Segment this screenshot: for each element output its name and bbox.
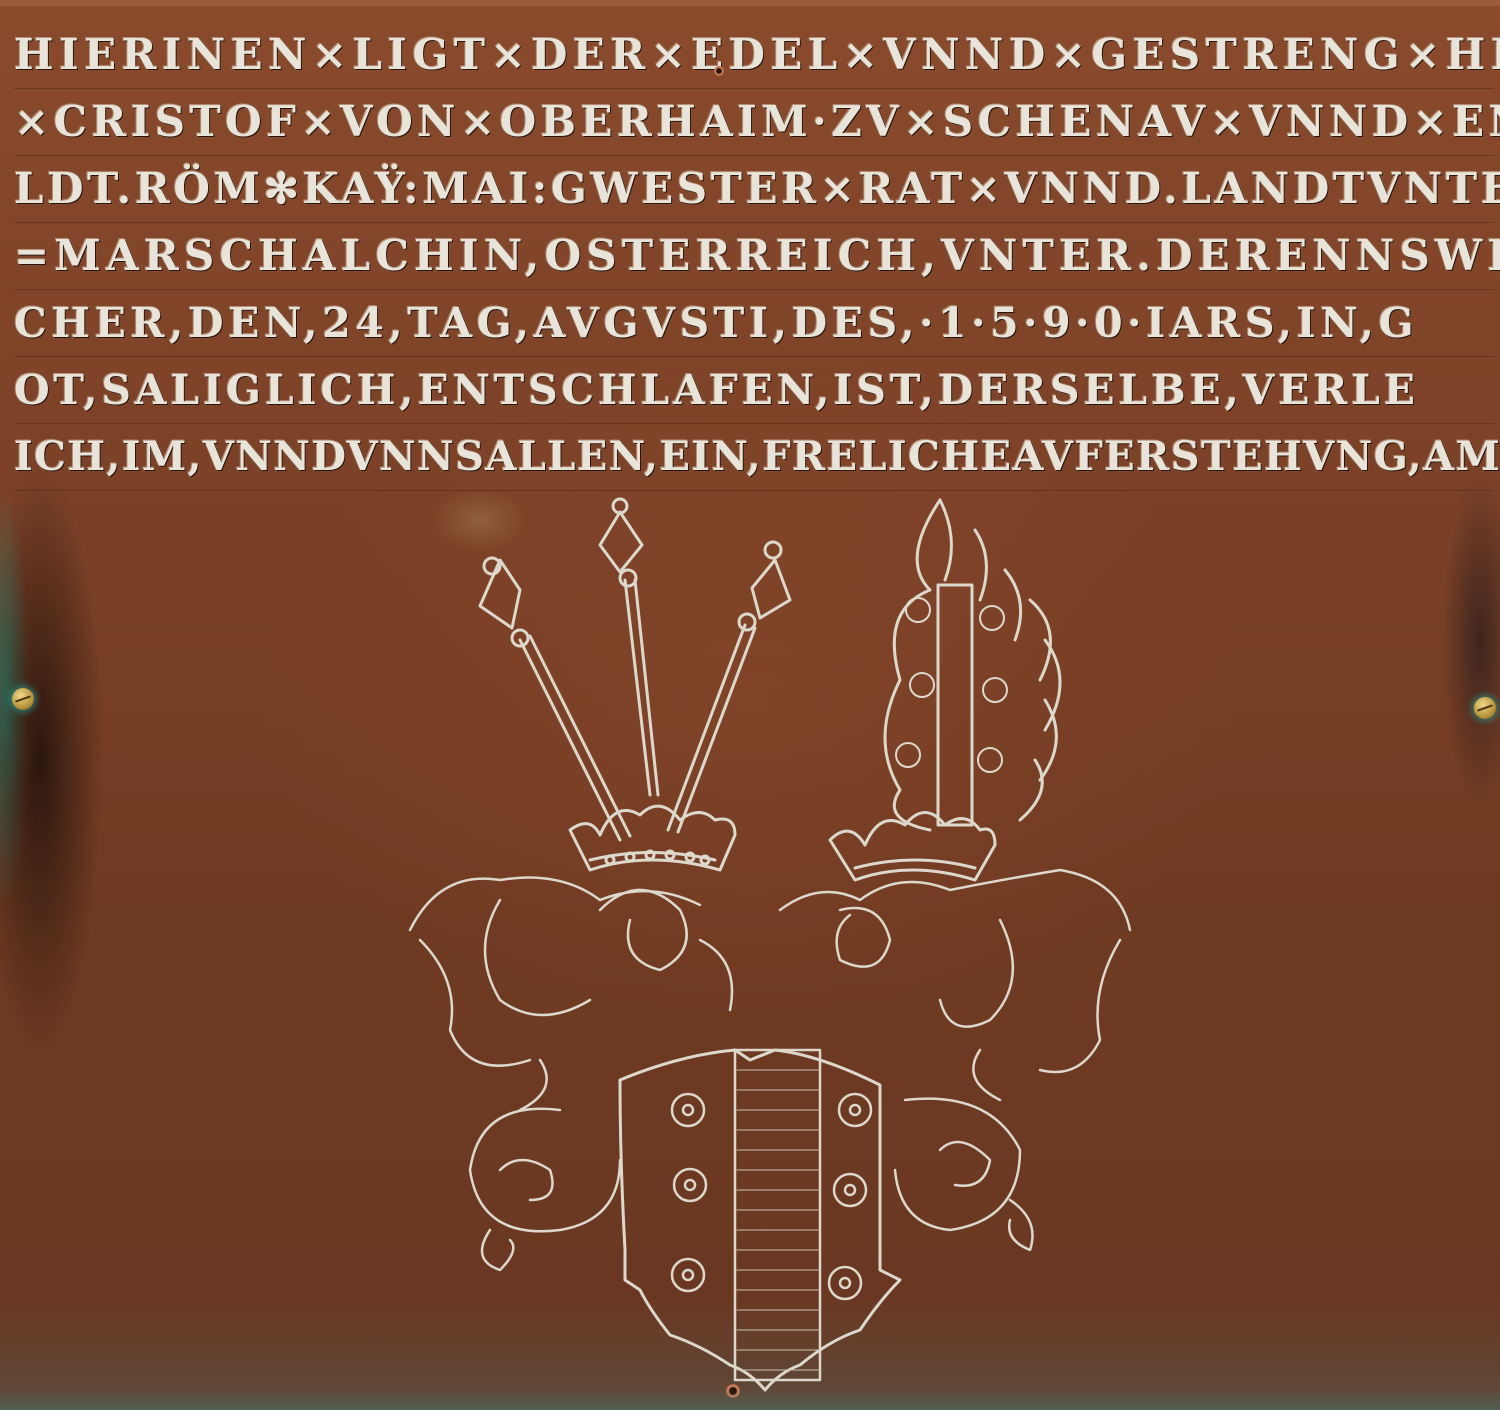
rosettes-icon [672,1094,871,1299]
left-crown-icon [570,806,735,870]
shield-icon [620,1050,900,1390]
coat-of-arms [0,0,1500,1410]
wing-crest-icon [885,500,1060,830]
maces-crest-icon [480,499,790,840]
right-crown-icon [830,813,995,881]
copper-plaque: HIERINEN×LIGT×DER×EDEL×VNND×GESTRENG×HER… [0,0,1500,1410]
